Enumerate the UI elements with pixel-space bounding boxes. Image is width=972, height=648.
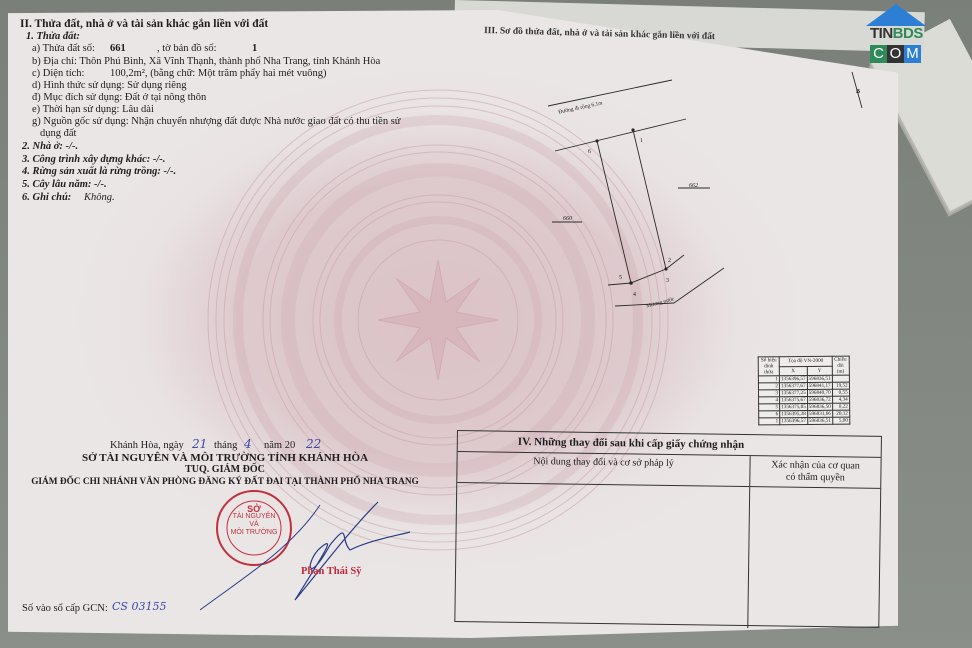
issue-year-label: năm 20 (264, 440, 295, 452)
neighbor-parcel-662: 662 (689, 180, 698, 192)
col-x: X (779, 366, 807, 376)
vertex-5: 5 (619, 272, 622, 284)
changes-confirmation-cell (748, 487, 880, 627)
changes-table: IV. Những thay đổi sau khi cấp giấy chứn… (454, 430, 882, 628)
signer-name: Phan Thái Sỹ (301, 566, 362, 578)
vertex-6: 6 (588, 146, 591, 158)
col-vertex: Số hiệu đỉnh thửa (758, 357, 779, 376)
issue-month: 4 (244, 438, 252, 450)
house-roof-icon (866, 4, 926, 26)
col-length: Chiều dài (m) (832, 356, 849, 375)
issue-day: 21 (192, 438, 207, 450)
register-number: CS 03155 (112, 601, 166, 613)
authorization: TUQ. GIÁM ĐỐC (0, 464, 450, 476)
register-label: Số vào sổ cấp GCN: (22, 603, 108, 615)
issue-month-label: tháng (214, 440, 237, 452)
issue-place: Khánh Hòa, ngày (110, 440, 184, 452)
coordinate-row: 21356377,67596841,1719,52 (758, 382, 849, 390)
vertex-3: 3 (666, 275, 669, 287)
changes-col-confirmation: Xác nhận của cơ quan có thẩm quyền (750, 456, 880, 488)
signer-title: GIÁM ĐỐC CHI NHÁNH VĂN PHÒNG ĐĂNG KÝ ĐẤT… (0, 476, 450, 488)
neighbor-parcel-660: 660 (563, 213, 572, 225)
changes-col-content: Nội dung thay đổi và cơ sở pháp lý (457, 452, 750, 486)
tinbds-logo: TINBDS C O M (866, 4, 928, 62)
vertex-4: 4 (633, 289, 636, 301)
stamp-text: SỞ TÀI NGUYÊN VÀ MÔI TRƯỜNG (224, 505, 284, 537)
col-system: Tọa độ VN-2000 (779, 356, 832, 366)
north-arrow-icon: B (856, 86, 860, 98)
vertex-1: 1 (640, 135, 643, 147)
coordinate-table: Số hiệu đỉnh thửa Tọa độ VN-2000 Chiều d… (758, 356, 850, 426)
col-y: Y (807, 366, 832, 376)
changes-content-cell (455, 483, 750, 628)
issuing-agency: SỞ TÀI NGUYÊN VÀ MÔI TRƯỜNG TỈNH KHÁNH H… (0, 452, 450, 464)
coordinate-row: 61356395,38596831,6620,12 (759, 410, 850, 418)
issue-year: 22 (306, 438, 321, 450)
vertex-2: 2 (668, 255, 671, 267)
coordinate-row: 11356396,57596836,515,00 (759, 417, 850, 425)
